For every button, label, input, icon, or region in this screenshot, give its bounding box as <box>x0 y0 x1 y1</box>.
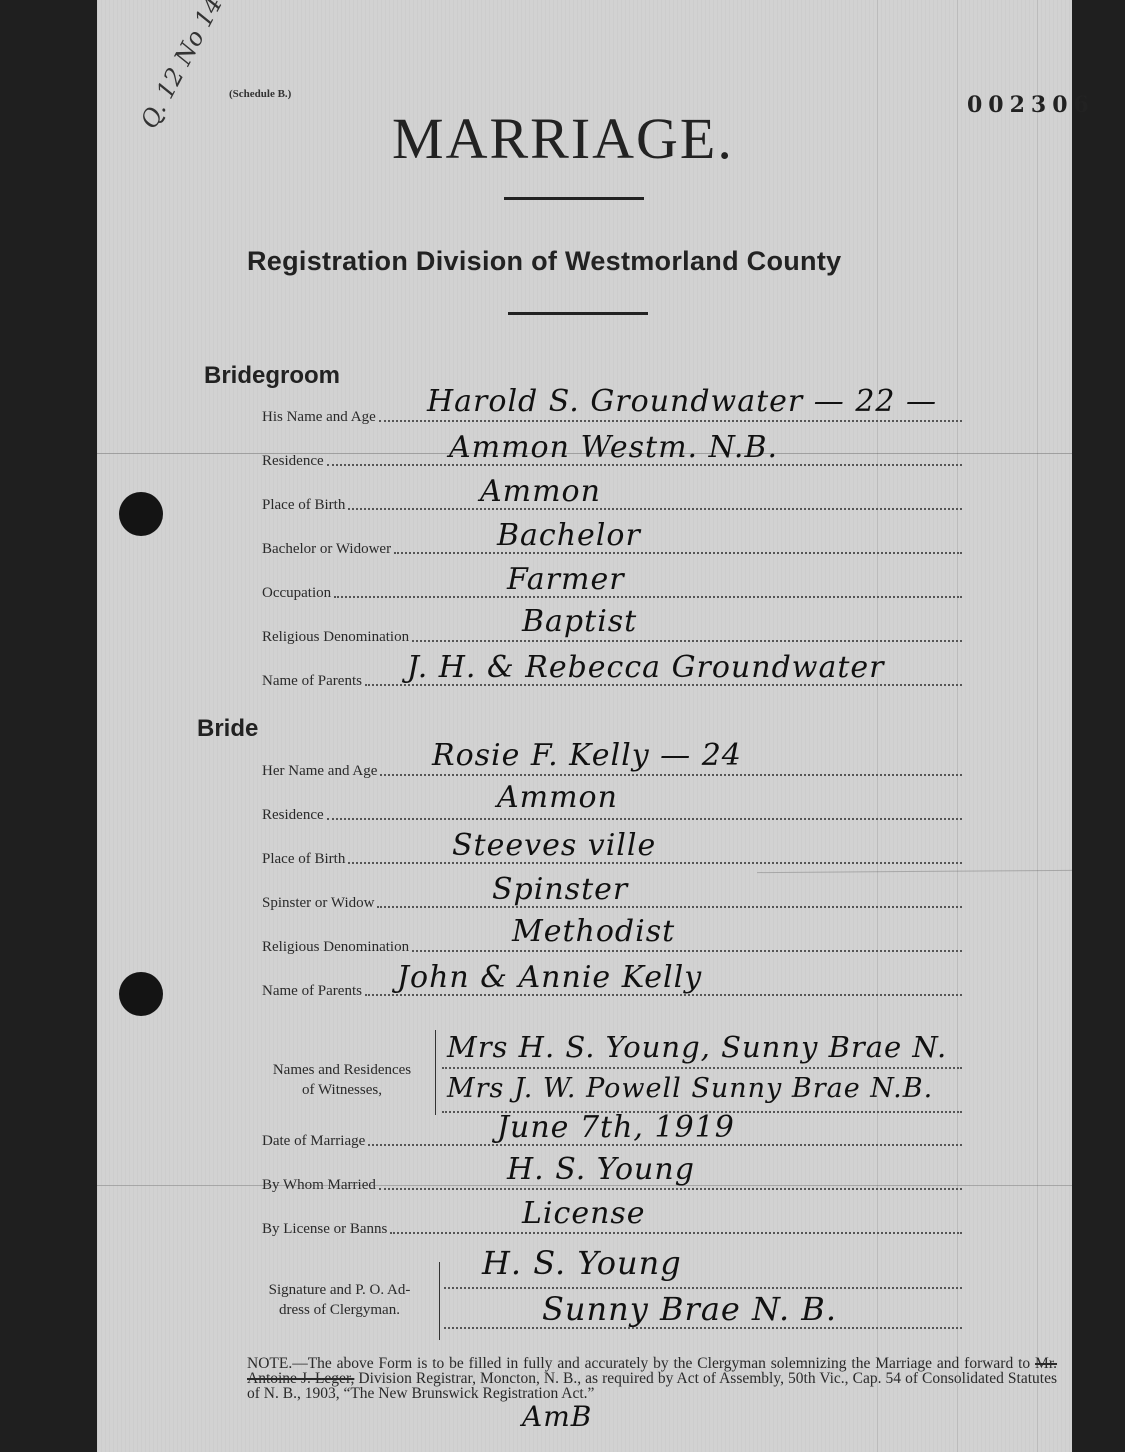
fill-line <box>377 905 962 908</box>
field-label: Place of Birth <box>262 497 345 516</box>
fill-line <box>442 1066 962 1069</box>
page-title: MARRIAGE. <box>392 105 734 172</box>
field-label: His Name and Age <box>262 409 376 428</box>
scan-line <box>1037 0 1038 1452</box>
officiant-value: H. S. Young <box>507 1152 695 1187</box>
fill-line <box>379 419 962 422</box>
bride-status-value: Spinster <box>492 872 628 907</box>
field-label: Religious Denomination <box>262 629 409 648</box>
bride-name-value: Rosie F. Kelly — 24 <box>432 738 742 773</box>
fill-line <box>412 949 962 952</box>
field-label: By Whom Married <box>262 1177 376 1196</box>
field-label: By License or Banns <box>262 1221 387 1240</box>
fill-line <box>379 1187 962 1190</box>
field-label: Spinster or Widow <box>262 895 374 914</box>
title-rule <box>504 197 644 200</box>
witness-1-value: Mrs H. S. Young, Sunny Brae N. <box>447 1030 947 1064</box>
scan-line <box>757 870 1072 873</box>
bride-heading: Bride <box>197 715 258 743</box>
field-label: Name of Parents <box>262 983 362 1002</box>
witnesses-label: Names and Residences of Witnesses, <box>252 1060 432 1100</box>
groom-residence-value: Ammon Westm. N.B. <box>449 430 778 465</box>
margin-annotation: Q. 12 No 140 <box>135 0 235 133</box>
schedule-label: (Schedule B.) <box>229 88 291 100</box>
witnesses-label-line2: of Witnesses, <box>252 1080 432 1100</box>
clergyman-label-line2: dress of Clergyman. <box>247 1300 432 1320</box>
clergyman-signature: H. S. Young <box>482 1244 682 1282</box>
license-value: License <box>522 1196 646 1231</box>
groom-birthplace-field: Place of Birth <box>262 486 962 516</box>
field-label: Bachelor or Widower <box>262 541 391 560</box>
field-label: Date of Marriage <box>262 1133 365 1152</box>
marriage-date-value: June 7th, 1919 <box>497 1110 735 1145</box>
field-label: Name of Parents <box>262 673 362 692</box>
division-heading: Registration Division of Westmorland Cou… <box>247 246 841 277</box>
clergyman-address: Sunny Brae N. B. <box>542 1290 837 1328</box>
groom-birthplace-value: Ammon <box>480 474 601 509</box>
note-text-cont: Division Registrar, Moncton, N. B., as r… <box>247 1370 1057 1402</box>
division-rule <box>508 312 648 315</box>
hole-punch <box>119 972 163 1016</box>
field-label: Occupation <box>262 585 331 604</box>
witnesses-bracket <box>435 1030 442 1115</box>
groom-name-value: Harold S. Groundwater — 22 — <box>427 384 937 419</box>
groom-occupation-value: Farmer <box>507 562 625 597</box>
fill-line <box>380 773 962 776</box>
field-label: Place of Birth <box>262 851 345 870</box>
document-page: Q. 12 No 140 (Schedule B.) 002306 MARRIA… <box>97 0 1072 1452</box>
fill-line <box>444 1286 962 1289</box>
witnesses-label-line1: Names and Residences <box>252 1060 432 1080</box>
field-label: Religious Denomination <box>262 939 409 958</box>
fill-line <box>394 551 962 554</box>
fill-line <box>327 817 962 820</box>
fill-line <box>348 507 962 510</box>
groom-religion-value: Baptist <box>522 604 637 639</box>
fill-line <box>390 1231 962 1234</box>
groom-parents-value: J. H. & Rebecca Groundwater <box>407 650 885 685</box>
form-note: NOTE.—The above Form is to be filled in … <box>247 1356 1057 1401</box>
bride-residence-value: Ammon <box>497 780 618 815</box>
witness-2-value: Mrs J. W. Powell Sunny Brae N.B. <box>447 1073 933 1104</box>
clergyman-label-line1: Signature and P. O. Ad- <box>247 1280 432 1300</box>
fill-line <box>334 595 962 598</box>
clergyman-label: Signature and P. O. Ad- dress of Clergym… <box>247 1280 432 1320</box>
bride-parents-value: John & Annie Kelly <box>397 960 702 995</box>
fill-line <box>412 639 962 642</box>
field-label: Residence <box>262 807 324 826</box>
field-label: Residence <box>262 453 324 472</box>
field-label: Her Name and Age <box>262 763 377 782</box>
serial-number: 002306 <box>967 92 1095 118</box>
bride-religion-value: Methodist <box>512 914 675 949</box>
initials: AmB <box>522 1400 592 1433</box>
bride-birthplace-value: Steeves ville <box>452 828 656 863</box>
bridegroom-heading: Bridegroom <box>204 362 340 390</box>
groom-status-value: Bachelor <box>497 518 641 553</box>
hole-punch <box>119 492 163 536</box>
